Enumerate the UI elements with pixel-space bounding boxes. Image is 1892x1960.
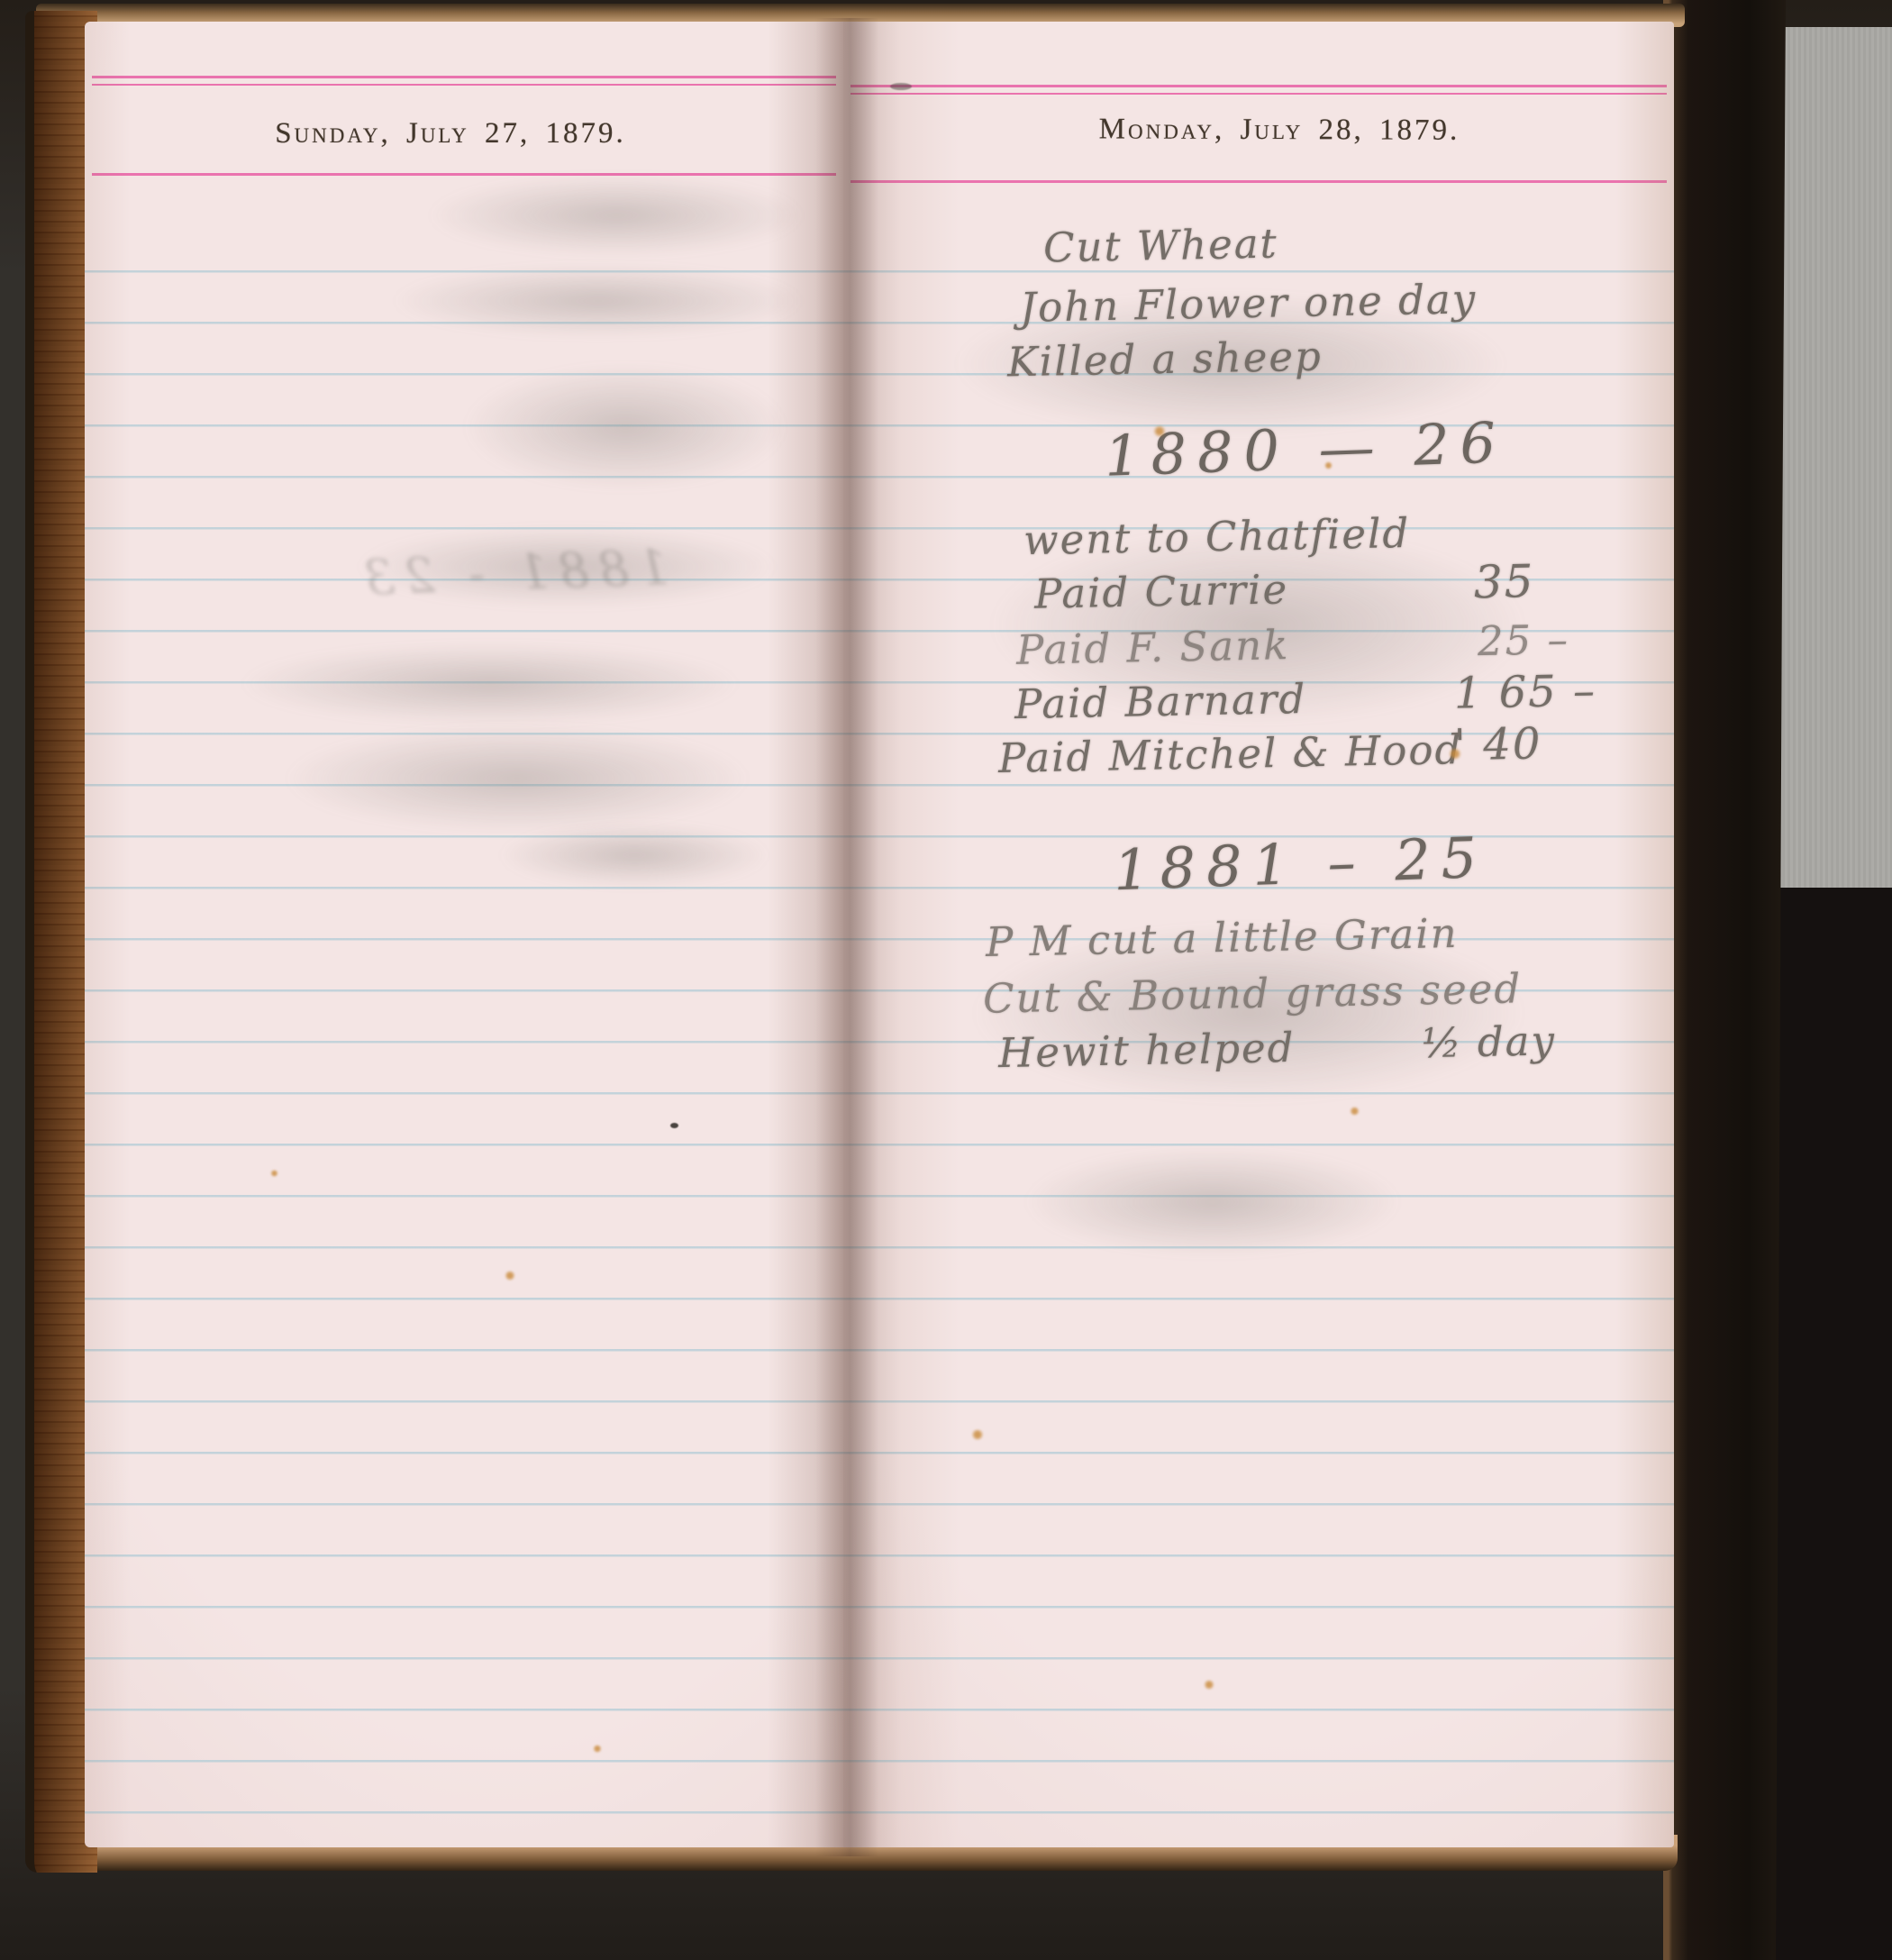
paper-speck <box>890 83 912 90</box>
backdrop-shadow <box>1766 888 1892 1960</box>
diary-page-left: Sunday, July 27, 1879. 1881 - 23 <box>85 22 843 1847</box>
ruled-lines <box>843 247 1674 1831</box>
paper-speck <box>670 1123 678 1128</box>
bleed-through-smudge <box>283 725 751 833</box>
diary-entry-year-heading: 1881 – 25 <box>1113 825 1488 903</box>
bleed-through-smudge <box>427 175 805 256</box>
foxing-stain <box>1449 748 1461 760</box>
entry-amount: 1 65 – <box>1453 666 1596 719</box>
bleed-through-smudge <box>951 292 1510 436</box>
bleed-through-smudge <box>987 526 1528 725</box>
foxing-stain <box>1350 1107 1360 1116</box>
foxing-stain <box>1324 461 1333 469</box>
entry-amount: ' 40 <box>1453 718 1542 770</box>
ruled-lines <box>85 247 843 1831</box>
pink-rule <box>92 76 836 78</box>
bleed-through-smudge <box>1023 1148 1402 1256</box>
foxing-stain <box>1204 1680 1214 1690</box>
pink-rule <box>850 180 1667 183</box>
diary-entry: Hewit helped½ day <box>998 1024 1296 1077</box>
foxing-stain <box>270 1170 278 1177</box>
pink-rule <box>92 173 836 176</box>
diary-page-right: Monday, July 28, 1879. Cut Wheat John Fl… <box>843 22 1674 1847</box>
pink-rule <box>850 85 1667 87</box>
book-cover-edge <box>1663 0 1786 1960</box>
diary-entry: Paid Currie35 <box>1034 565 1289 617</box>
page-header-right: Monday, July 28, 1879. <box>843 112 1674 148</box>
foxing-stain <box>971 1429 984 1440</box>
diary-entry: Paid Mitchel & Hood' 40 <box>998 725 1463 782</box>
diary-entry: P M cut a little Grain <box>986 909 1460 966</box>
entry-amount: 25 – <box>1477 615 1569 665</box>
bleed-through-smudge <box>391 265 805 337</box>
scanned-diary-photo: Sunday, July 27, 1879. 1881 - 23 Monday,… <box>0 0 1892 1960</box>
entry-amount: ½ day <box>1421 1016 1556 1067</box>
diary-entry: Cut & Bound grass seed <box>983 964 1523 1022</box>
page-header-left: Sunday, July 27, 1879. <box>85 117 843 150</box>
diary-entry: Paid F. Sank25 – <box>1016 621 1290 674</box>
foxing-stain <box>1153 425 1166 437</box>
foxing-stain <box>505 1271 515 1281</box>
bleed-through-smudge <box>969 923 1528 1103</box>
diary-entry: Cut Wheat <box>1043 220 1279 272</box>
bleed-through-text: 1881 - 23 <box>354 539 670 606</box>
diary-entry-year-heading: 1880 — 26 <box>1104 409 1507 489</box>
bleed-through-smudge <box>463 364 787 490</box>
pink-rule <box>850 93 1667 95</box>
diary-entry: Killed a sheep <box>1007 333 1323 387</box>
bleed-through-smudge <box>238 643 742 725</box>
diary-entry: went to Chatfield <box>1023 509 1411 564</box>
book-gutter-shadow <box>815 18 878 1856</box>
bleed-through-smudge <box>499 824 769 887</box>
diary-entry: Paid Barnard1 65 – <box>1014 675 1307 728</box>
diary-entry: John Flower one day <box>1020 275 1478 332</box>
foxing-stain <box>593 1745 602 1753</box>
entry-amount: 35 <box>1473 555 1535 608</box>
scanner-background <box>1777 27 1892 894</box>
bleed-through-smudge <box>355 526 778 607</box>
pink-rule <box>92 84 836 86</box>
